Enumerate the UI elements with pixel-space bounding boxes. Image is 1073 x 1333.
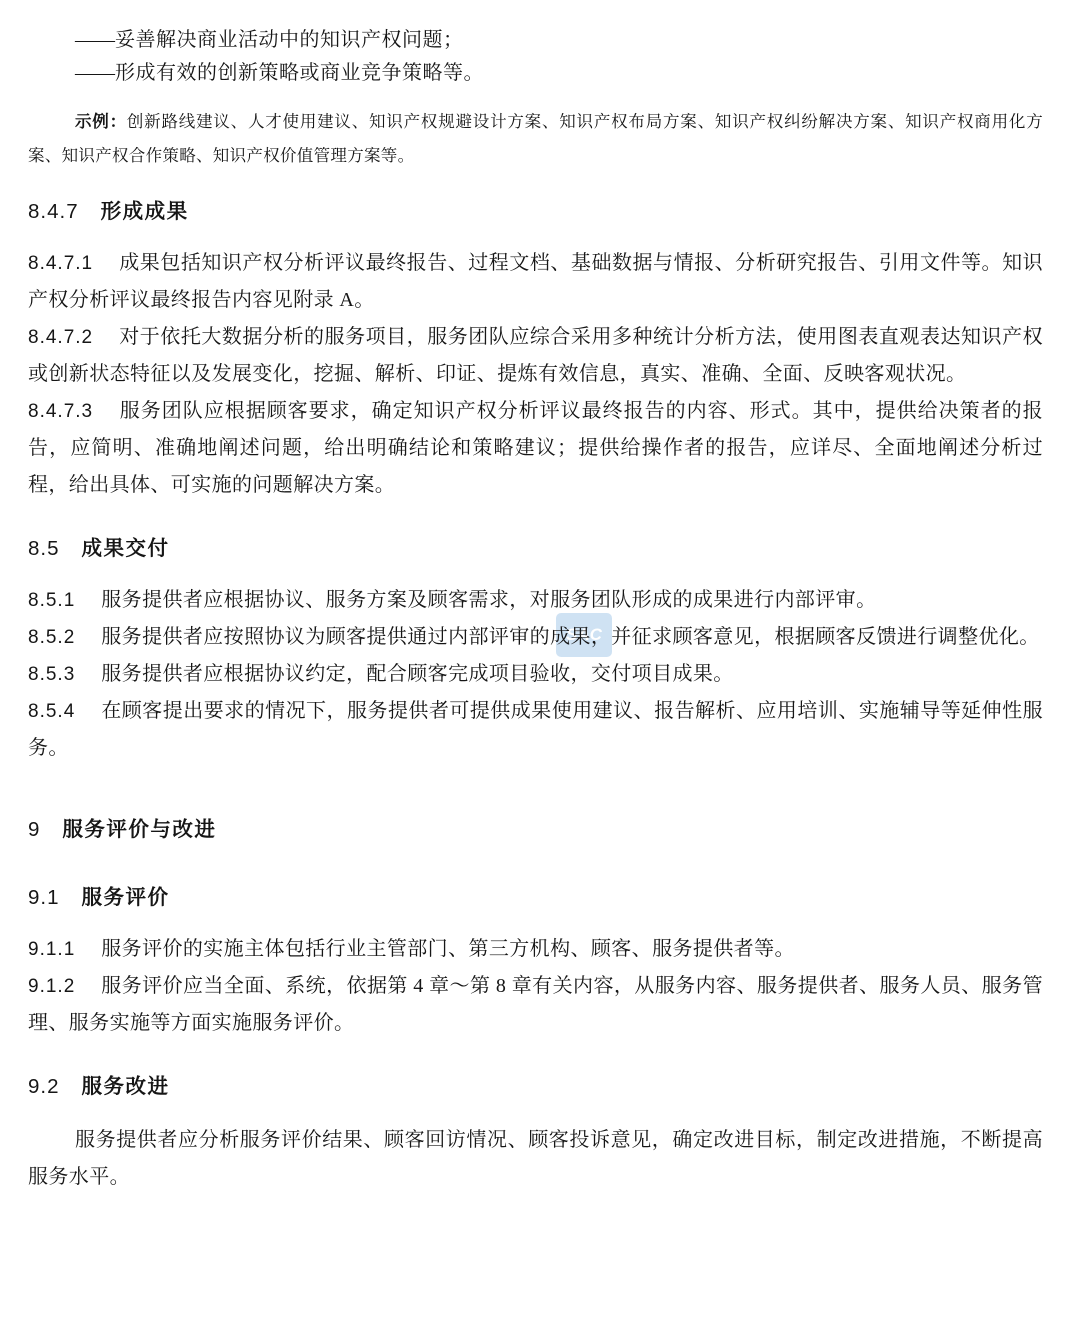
heading-title: 服务评价与改进 (62, 818, 216, 841)
clause-number: 8.4.7.1 (28, 253, 93, 274)
clause-group-8-5: 8.5.1服务提供者应根据协议、服务方案及顾客需求，对服务团队形成的成果进行内部… (28, 582, 1043, 767)
clause-number: 9.1.1 (28, 939, 75, 960)
clause-8-4-7-3: 8.4.7.3服务团队应根据顾客要求，确定知识产权分析评议最终报告的内容、形式。… (28, 393, 1043, 504)
clause-text: 成果包括知识产权分析评议最终报告、过程文档、基础数据与情报、分析研究报告、引用文… (28, 252, 1043, 311)
paragraph-9-2: 服务提供者应分析服务评价结果、顾客回访情况、顾客投诉意见，确定改进目标，制定改进… (28, 1122, 1043, 1196)
clause-text: 服务评价的实施主体包括行业主管部门、第三方机构、顾客、服务提供者等。 (101, 938, 795, 960)
clause-8-5-1: 8.5.1服务提供者应根据协议、服务方案及顾客需求，对服务团队形成的成果进行内部… (28, 582, 1043, 619)
clause-group-9-1: 9.1.1服务评价的实施主体包括行业主管部门、第三方机构、顾客、服务提供者等。 … (28, 931, 1043, 1042)
heading-9-2: 9.2服务改进 (28, 1074, 1043, 1100)
dash-list-item: ——形成有效的创新策略或商业竞争策略等。 (28, 57, 1043, 89)
clause-text: 对于依托大数据分析的服务项目，服务团队应综合采用多种统计分析方法，使用图表直观表… (28, 326, 1043, 385)
clause-number: 9.1.2 (28, 976, 75, 997)
heading-title: 成果交付 (82, 537, 170, 560)
clause-8-5-4: 8.5.4在顾客提出要求的情况下，服务提供者可提供成果使用建议、报告解析、应用培… (28, 693, 1043, 767)
clause-text: 服务评价应当全面、系统，依据第 4 章～第 8 章有关内容，从服务内容、服务提供… (28, 975, 1043, 1034)
clause-8-4-7-2: 8.4.7.2对于依托大数据分析的服务项目，服务团队应综合采用多种统计分析方法，… (28, 319, 1043, 393)
clause-8-4-7-1: 8.4.7.1成果包括知识产权分析评议最终报告、过程文档、基础数据与情报、分析研… (28, 245, 1043, 319)
clause-8-5-3: 8.5.3服务提供者应根据协议约定，配合顾客完成项目验收，交付项目成果。 (28, 656, 1043, 693)
clause-text: 在顾客提出要求的情况下，服务提供者可提供成果使用建议、报告解析、应用培训、实施辅… (28, 700, 1043, 759)
dash-item-text: 妥善解决商业活动中的知识产权问题； (115, 29, 464, 51)
clause-9-1-2: 9.1.2服务评价应当全面、系统，依据第 4 章～第 8 章有关内容，从服务内容… (28, 968, 1043, 1042)
clause-number: 8.5.1 (28, 590, 75, 611)
heading-8-5: 8.5成果交付 (28, 536, 1043, 562)
clause-number: 8.5.3 (28, 664, 75, 685)
heading-number: 9 (28, 818, 40, 841)
clause-number: 8.5.4 (28, 701, 75, 722)
clause-number: 8.4.7.2 (28, 327, 93, 348)
heading-number: 8.4.7 (28, 200, 79, 223)
dash-item-text: 形成有效的创新策略或商业竞争策略等。 (115, 62, 484, 84)
heading-number: 8.5 (28, 537, 60, 560)
heading-title: 服务改进 (82, 1075, 170, 1098)
example-label: 示例： (75, 113, 127, 131)
clause-number: 8.4.7.3 (28, 401, 93, 422)
clause-text: 服务提供者应按照协议为顾客提供通过内部评审的成果，并征求顾客意见，根据顾客反馈进… (101, 626, 1039, 648)
clause-8-5-2: 8.5.2服务提供者应按照协议为顾客提供通过内部评审的成果，并征求顾客意见，根据… (28, 619, 1043, 656)
clause-9-1-1: 9.1.1服务评价的实施主体包括行业主管部门、第三方机构、顾客、服务提供者等。 (28, 931, 1043, 968)
heading-title: 服务评价 (82, 886, 170, 909)
heading-number: 9.1 (28, 886, 60, 909)
clause-text: 服务团队应根据顾客要求，确定知识产权分析评议最终报告的内容、形式。其中，提供给决… (28, 400, 1043, 496)
heading-number: 9.2 (28, 1075, 60, 1098)
dash-marker: —— (75, 29, 115, 51)
heading-8-4-7: 8.4.7形成成果 (28, 199, 1043, 225)
heading-title: 形成成果 (101, 200, 189, 223)
heading-9-1: 9.1服务评价 (28, 885, 1043, 911)
clause-group-8-4-7: 8.4.7.1成果包括知识产权分析评议最终报告、过程文档、基础数据与情报、分析研… (28, 245, 1043, 504)
clause-text: 服务提供者应根据协议、服务方案及顾客需求，对服务团队形成的成果进行内部评审。 (101, 589, 876, 611)
dash-list-item: ——妥善解决商业活动中的知识产权问题； (28, 24, 1043, 56)
example-text: 创新路线建议、人才使用建议、知识产权规避设计方案、知识产权布局方案、知识产权纠纷… (28, 112, 1043, 165)
document-content: ——妥善解决商业活动中的知识产权问题； ——形成有效的创新策略或商业竞争策略等。… (28, 24, 1043, 1196)
document-page: SAC ——妥善解决商业活动中的知识产权问题； ——形成有效的创新策略或商业竞争… (0, 0, 1073, 1333)
heading-9: 9服务评价与改进 (28, 817, 1043, 843)
dash-marker: —— (75, 62, 115, 84)
example-note: 示例：创新路线建议、人才使用建议、知识产权规避设计方案、知识产权布局方案、知识产… (28, 105, 1043, 173)
clause-text: 服务提供者应根据协议约定，配合顾客完成项目验收，交付项目成果。 (101, 663, 733, 685)
clause-number: 8.5.2 (28, 627, 75, 648)
